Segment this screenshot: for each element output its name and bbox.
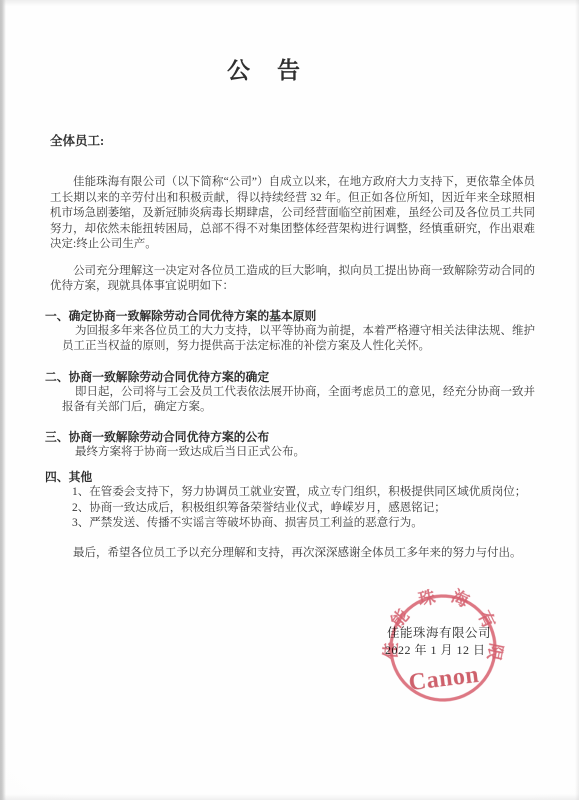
section-3-heading: 三、协商一致解除劳动合同优待方案的公布 xyxy=(45,429,535,445)
section-4: 四、其他 1、在管委会支持下，努力协调员工就业安置，成立专门组织，积极提供同区域… xyxy=(50,469,535,532)
closing-paragraph: 最后，希望各位员工予以充分理解和支持，再次深深感谢全体员工多年来的努力与付出。 xyxy=(50,546,535,562)
salutation: 全体员工: xyxy=(50,133,535,149)
section-1-heading: 一、确定协商一致解除劳动合同优待方案的基本原则 xyxy=(45,308,535,324)
intro-paragraph-1: 佳能珠海有限公司（以下简称“公司”）自成立以来，在地方政府大力支持下，更依靠全体… xyxy=(50,175,535,253)
section-4-item-3: 3、严禁发送、传播不实谣言等破坏协商、损害员工利益的恶意行为。 xyxy=(72,516,535,532)
section-3-body: 最终方案将于协商一致达成后当日正式公布。 xyxy=(62,445,535,461)
section-4-heading: 四、其他 xyxy=(45,469,535,485)
section-2-body: 即日起，公司将与工会及员工代表依法展开协商，全面考虑员工的意见，经充分协商一致并… xyxy=(62,385,535,416)
seal-ring-text: 佳能珠海有限公司 xyxy=(365,570,506,679)
section-1-body: 为回报多年来各位员工的大力支持，以平等协商为前提，本着严格遵守相关法律法规、维护… xyxy=(62,324,535,355)
document-body: 公 告 全体员工: 佳能珠海有限公司（以下简称“公司”）自成立以来，在地方政府大… xyxy=(0,57,579,561)
section-2-heading: 二、协商一致解除劳动合同优待方案的确定 xyxy=(45,369,535,385)
section-3: 三、协商一致解除劳动合同优待方案的公布 最终方案将于协商一致达成后当日正式公布。 xyxy=(50,429,535,461)
announcement-document: 公 告 全体员工: 佳能珠海有限公司（以下简称“公司”）自成立以来，在地方政府大… xyxy=(0,0,579,800)
page-title: 公 告 xyxy=(22,57,507,85)
section-4-item-1: 1、在管委会支持下，努力协调员工就业安置，成立专门组织，积极提供同区域优质岗位； xyxy=(72,485,535,501)
company-seal-graphic: 佳能珠海有限公司 Canon xyxy=(365,570,520,725)
section-1: 一、确定协商一致解除劳动合同优待方案的基本原则 为回报多年来各位员工的大力支持，… xyxy=(50,308,535,355)
section-4-item-2: 2、协商一致达成后，积极组织筹备荣誉结业仪式，峥嵘岁月，感恩铭记； xyxy=(72,501,535,517)
company-seal: 佳能珠海有限公司 Canon xyxy=(365,570,520,725)
section-2: 二、协商一致解除劳动合同优待方案的确定 即日起，公司将与工会及员工代表依法展开协… xyxy=(50,369,535,416)
intro-paragraph-2: 公司充分理解这一决定对各位员工造成的巨大影响，拟向员工提出协商一致解除劳动合同的… xyxy=(50,264,535,295)
